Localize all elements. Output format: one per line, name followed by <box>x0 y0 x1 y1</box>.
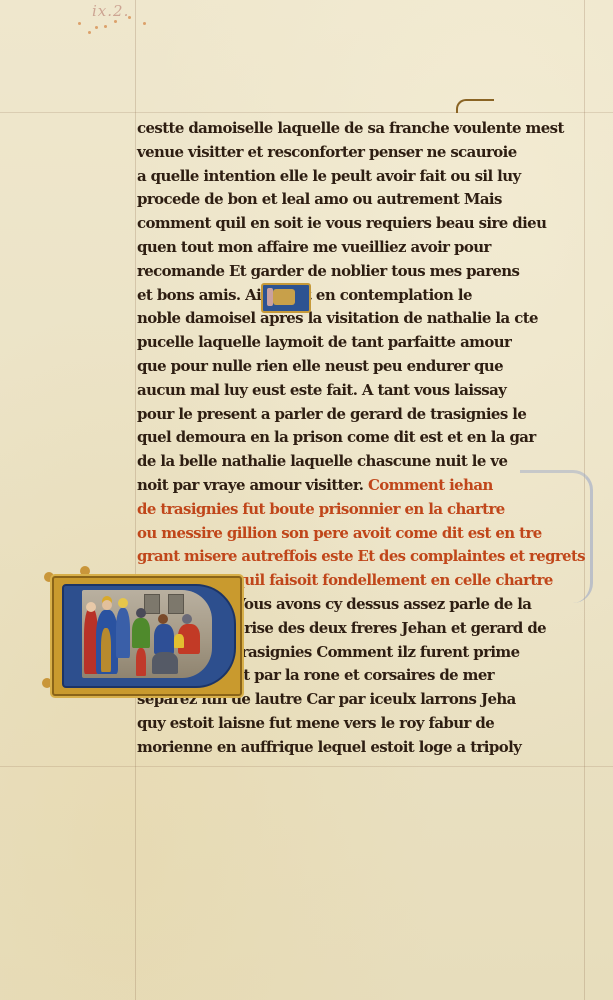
text-line: de la belle nathalie laquelle chascune n… <box>137 450 585 474</box>
text-line: et bons amis. Ainsi fut en contemplation… <box>137 284 585 308</box>
ruling-line-top <box>0 112 613 113</box>
ink-spot <box>143 22 146 25</box>
figure-yellow-sleeve <box>174 634 184 648</box>
figure-head <box>136 608 146 618</box>
manuscript-page: ix.2. cestte damoiselle laquelle de sa f… <box>0 0 613 1000</box>
gold-flourish <box>42 678 52 688</box>
flourish-ascender <box>456 99 494 113</box>
figure-courtier-blue <box>116 608 130 658</box>
text-line: cestte damoiselle laquelle de sa franche… <box>137 117 585 141</box>
text-line: aucun mal luy eust este fait. A tant vou… <box>137 379 585 403</box>
figure-guard-green <box>132 618 150 648</box>
text-line: recomande Et garder de noblier tous mes … <box>137 260 585 284</box>
ink-spot <box>88 31 91 34</box>
text-line: noble damoisel apres la visitation de na… <box>137 307 585 331</box>
decorated-initial-small <box>261 283 311 313</box>
text-line: quy estoit laisne fut mene vers le roy f… <box>137 712 585 736</box>
figure-king-robe <box>101 628 111 672</box>
window <box>168 594 184 614</box>
ruling-line-bottom <box>0 766 613 767</box>
text-line: pucelle laquelle laymoit de tant parfait… <box>137 331 585 355</box>
folio-mark: ix.2. <box>92 2 129 20</box>
figure-head-crowned <box>102 600 112 610</box>
ink-spot <box>128 16 131 19</box>
text-line: pour le present a parler de gerard de tr… <box>137 403 585 427</box>
text-line: procede de bon et leal amo ou autrement … <box>137 188 585 212</box>
figure-head <box>86 602 96 612</box>
ink-spot <box>104 25 107 28</box>
historiated-initial-miniature <box>40 566 246 701</box>
text-line: comment quil en soit ie vous requiers be… <box>137 212 585 236</box>
text-line: a quelle intention elle le peult avoir f… <box>137 165 585 189</box>
text-line: quel demoura en la prison come dit est e… <box>137 426 585 450</box>
text-line: que pour nulle rien elle neust peu endur… <box>137 355 585 379</box>
rubric-line: de trasignies fut boute prisonnier en la… <box>137 498 585 522</box>
window <box>144 594 160 614</box>
text-line-with-rubric: noit par vraye amour visitter. Comment i… <box>137 474 585 498</box>
figure-guard-legs <box>136 648 146 676</box>
ink-spot <box>114 20 117 23</box>
gold-flourish <box>80 566 90 576</box>
figure-head <box>158 614 168 624</box>
text-line: quen tout mon affaire me vueilliez avoir… <box>137 236 585 260</box>
miniature-scene <box>82 590 212 678</box>
rubric-line: ou messire gillion son pere avoit come d… <box>137 522 585 546</box>
ink-spot <box>95 26 98 29</box>
text-segment: noit par vraye amour visitter. <box>137 476 363 494</box>
figure-prisoner-legs <box>152 652 178 674</box>
initial-gold-fill <box>273 289 295 305</box>
figure-prisoner-blue <box>154 624 174 654</box>
rubric-heading-start: Comment iehan <box>368 476 493 494</box>
figure-head-turban <box>118 598 128 608</box>
figure-head <box>182 614 192 624</box>
text-line: venue visitter et resconforter penser ne… <box>137 141 585 165</box>
ink-spot <box>78 22 81 25</box>
ruling-line-left <box>135 0 136 1000</box>
text-line: morienne en auffrique lequel estoit loge… <box>137 736 585 760</box>
